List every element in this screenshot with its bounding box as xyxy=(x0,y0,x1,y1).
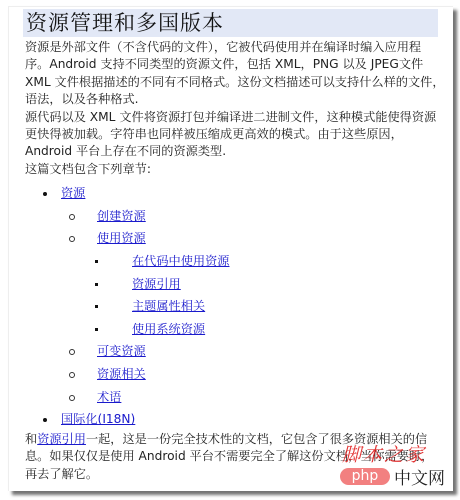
toc-intro: 这篇文档包含下列章节: xyxy=(25,161,445,178)
toc-link-terminology[interactable]: 术语 xyxy=(97,390,121,404)
closing-paragraph: 和资源引用一起，这是一份完全技术性的文档，它包含了很多资源相关的信息。如果仅仅是… xyxy=(25,431,445,483)
toc-item-system-resources: 使用系统资源 xyxy=(25,318,445,341)
toc-link-theme-attributes[interactable]: 主题属性相关 xyxy=(132,299,205,313)
circle-bullet-icon xyxy=(69,372,75,378)
toc-link-resource-related[interactable]: 资源相关 xyxy=(97,367,146,381)
toc-link-use-resources[interactable]: 使用资源 xyxy=(97,231,146,245)
circle-bullet-icon xyxy=(69,236,75,242)
intro-paragraph-2: 源代码以及 XML 文件将资源打包并编译进二进制文件，这种模式能使得资源更快得被… xyxy=(25,109,445,161)
square-bullet-icon xyxy=(95,305,98,308)
toc-item-i18n: 国际化(I18N) xyxy=(25,408,445,431)
toc-link-resource-references[interactable]: 资源引用 xyxy=(132,277,181,291)
intro-paragraph-1: 资源是外部文件（不含代码的文件），它被代码使用并在编译时编入应用程序。Andro… xyxy=(25,39,445,109)
toc-item-resource-references: 资源引用 xyxy=(25,273,445,296)
disc-bullet-icon xyxy=(43,192,47,196)
toc-link-alternate-resources[interactable]: 可变资源 xyxy=(97,344,146,358)
toc-item-resource-related: 资源相关 xyxy=(25,363,445,386)
toc-item-create-resources: 创建资源 xyxy=(25,205,445,228)
closing-prefix: 和 xyxy=(25,432,37,446)
square-bullet-icon xyxy=(95,328,98,331)
toc-item-resources: 资源 xyxy=(25,182,445,205)
resource-references-link[interactable]: 资源引用 xyxy=(37,432,86,446)
table-of-contents: 资源 创建资源 使用资源 在代码中使用资源 资源引用 主题属性相关 xyxy=(25,182,445,431)
toc-link-use-in-code[interactable]: 在代码中使用资源 xyxy=(132,254,230,268)
square-bullet-icon xyxy=(95,283,98,286)
document-page: 资源管理和多国版本 资源是外部文件（不含代码的文件），它被代码使用并在编译时编入… xyxy=(8,6,453,491)
circle-bullet-icon xyxy=(69,395,75,401)
toc-link-system-resources[interactable]: 使用系统资源 xyxy=(132,322,205,336)
toc-item-alternate-resources: 可变资源 xyxy=(25,340,445,363)
document-body: 资源是外部文件（不含代码的文件），它被代码使用并在编译时编入应用程序。Andro… xyxy=(25,39,445,483)
toc-item-use-in-code: 在代码中使用资源 xyxy=(25,250,445,273)
closing-suffix: 一起，这是一份完全技术性的文档，它包含了很多资源相关的信息。如果仅仅是使用 An… xyxy=(25,432,433,481)
circle-bullet-icon xyxy=(69,349,75,355)
square-bullet-icon xyxy=(95,260,98,263)
toc-link-resources[interactable]: 资源 xyxy=(61,186,85,200)
toc-link-i18n[interactable]: 国际化(I18N) xyxy=(61,412,135,426)
toc-item-theme-attributes: 主题属性相关 xyxy=(25,295,445,318)
toc-link-create-resources[interactable]: 创建资源 xyxy=(97,209,146,223)
toc-item-terminology: 术语 xyxy=(25,386,445,409)
page-title: 资源管理和多国版本 xyxy=(23,9,438,37)
disc-bullet-icon xyxy=(43,418,47,422)
circle-bullet-icon xyxy=(69,214,75,220)
toc-item-use-resources: 使用资源 xyxy=(25,227,445,250)
